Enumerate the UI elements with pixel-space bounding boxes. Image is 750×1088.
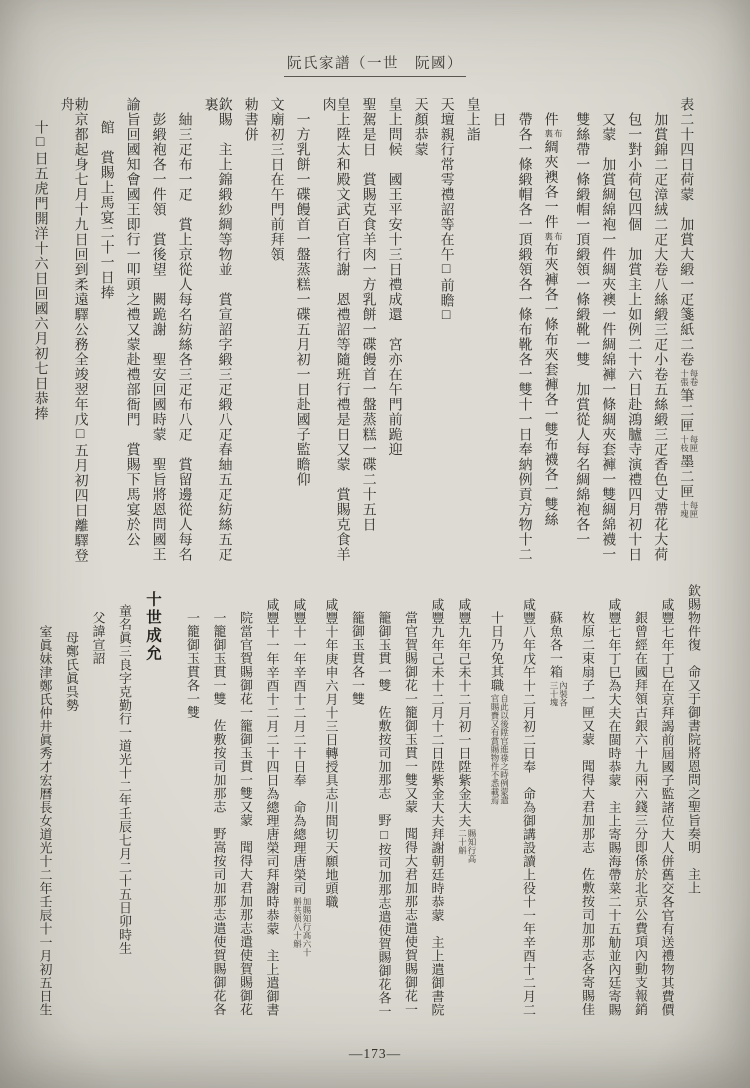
section-header: 十世成允: [145, 584, 161, 1069]
text-column: 咸豐九年己未十二月十二日陞紫金大夫拜謝朝廷時恭蒙 主上遣御書院: [431, 584, 444, 1069]
text-column: 籠御玉貫一雙 佐敷按司加那志 野□按司加那志遣使賀賜御花各一: [378, 584, 391, 1069]
text-column: 天壇親行常雩禮詔等在午□前瞻□: [439, 97, 453, 572]
interlinear-note: 每匣十枝: [679, 435, 698, 452]
text-column: 咸豐八年戊午十二月初二日奉 命為御講設讀上役十一年辛酉十二月二: [522, 584, 535, 1069]
interlinear-note: 每卷十張: [679, 369, 698, 386]
text-column: 咸豐十一年辛酉十二月二十四日為總理唐榮司拜謝時恭蒙 主上遣御書: [266, 584, 279, 1069]
text-column: 母鄭氏眞呉勢: [65, 584, 78, 1069]
bottom-register: 欽賜物件復 命又于御書院將恩問之聖旨奏明 主上咸豐七年丁巳在京拜謁前屆國子監諸位…: [25, 584, 700, 1069]
text-column: 銀曾經在國拜領古銀六十九兩六錢三分即係於北京公費項內動支報銷: [634, 584, 647, 1069]
text-column: 文廟初三日在午門前拜領: [269, 97, 283, 572]
text-column: 蘇魚各一箱內裝各三十塊: [549, 584, 568, 1069]
text-column: 枚原二束扇子一匣又蒙 聞得大君加那志 佐敷按司加那志各寄賜佳: [581, 584, 594, 1069]
text-column: 咸豐七年丁巳在京拜謁前屆國子監諸位大人併舊交各官有送禮物其費價: [661, 584, 674, 1069]
text-column: 十日乃免其職自此以後陞官進祿之時例蒙遣官賜賚又有賞賜物件不悉載焉: [490, 584, 509, 1069]
text-column: 一籠御玉貫一雙 佐敷按司加那志 野嵩按司加那志遣使賀賜御花各: [213, 584, 226, 1069]
text-column: 院當官賀賜御花一籠御玉貫一雙又蒙 聞得大君加那志遣使賀賜御花: [239, 584, 252, 1069]
text-column: 童名眞三良字克勤行一道光十二年壬辰七月二十五日卯時生: [118, 584, 131, 1069]
text-column: 勅京都起身七月十九日回到柔遠驛公務全竣翌年戊□五月初四日離驛登舟: [59, 97, 87, 572]
interlinear-note: 內裝各三十塊: [549, 681, 568, 707]
text-column: 皇上陞太和殿文武百官行謝 恩禮詔等隨班行禮是日又蒙 賞賜克食羊肉: [321, 97, 349, 572]
text-column: 加賞錦二疋漳絨二疋大卷八絲緞三疋小卷五絲緞三疋香色丈帶花大荷: [652, 97, 666, 572]
text-column: 勅書併: [243, 97, 257, 572]
text-column: 皇上詣: [465, 97, 479, 572]
text-column: 十□日五虎門開洋十六日回國六月初七日恭捧: [33, 97, 47, 572]
page-header: 阮氏家譜（一世 阮國）: [0, 52, 750, 77]
text-column: 聖駕是日 賞賜克食羊肉一方乳餅一碟饅首一盤蒸糕一碟二十五日: [361, 97, 375, 572]
text-column: 咸豐七年丁巳為大夫在閩時恭蒙 主上寄賜海帶菜二十五觔並內廷寄賜: [608, 584, 621, 1069]
page-number: —173—: [0, 1046, 750, 1062]
text-column: 咸豐十一年辛酉十二月二十日奉 命為總理唐榮司加賜知行高六十斛共領八十斛: [292, 584, 311, 1069]
text-column: 包一對小荷包四個 加賞主上如例二十六日赴鴻臚寺演禮四月初十日: [626, 97, 640, 572]
text-column: 紬三疋布一疋 賞上京從人每名紡絲各三疋布八疋 賞留邊從人每名: [177, 97, 191, 572]
text-column: 諭旨回國知會國王即行一叩頭之禮又蒙赴禮部衙門 賞賜下馬宴於公: [125, 97, 139, 572]
interlinear-note: 布裏: [543, 232, 562, 241]
text-column: 件布裏綢夾襖各一件布裏布夾褲各一條布夾套褲各一雙布襪各一雙絲: [543, 97, 563, 572]
text-column: 咸豐九年己未十二月初一日陞紫金大夫賜知行高二十斛: [457, 584, 476, 1069]
page-header-title: 阮氏家譜（一世 阮國）: [284, 52, 466, 77]
text-column: 帶各一條緞帽各一頂緞領各一條布靴各一雙十一日奉納例貢方物十二: [517, 97, 531, 572]
interlinear-note: 自此以後陞官進祿之時例蒙遣官賜賚又有賞賜物件不悉載焉: [490, 694, 509, 805]
text-column: 雙絲帶一條緞帽一頂緞領一條緞靴一雙 加賞從人每名綢綿袍各一: [574, 97, 588, 572]
interlinear-note: 布裏: [543, 129, 562, 138]
interlinear-note: 賜知行高二十斛: [457, 829, 476, 863]
text-column: 表二十四日荷蒙 加賞大緞一疋箋紙二卷每卷十張筆二匣每匣十枝墨二匣每匣十塊: [678, 97, 698, 572]
text-column: 一籠御玉貫各一雙: [186, 584, 199, 1069]
text-column: 父諱宣詔: [92, 584, 105, 1069]
text-column: 館 賞賜上馬宴二十一日捧: [99, 97, 113, 572]
text-column: 當官賀賜御花一籠御玉貫一雙又蒙 聞得大君加那志遣使賀賜御花一: [404, 584, 417, 1069]
text-column: 又蒙 加賞綢綿袍一件綢夾襖一件綢綿褲一條綢夾套褲一雙綢綿襪一: [600, 97, 614, 572]
text-column: 籠御玉貫各一雙: [351, 584, 364, 1069]
text-column: 室眞妹津鄭氏仲井眞秀才宏曆長女道光十二年壬辰十一月初五日生: [39, 584, 52, 1069]
top-register: 表二十四日荷蒙 加賞大緞一疋箋紙二卷每卷十張筆二匣每匣十枝墨二匣每匣十塊加賞錦二…: [21, 97, 698, 572]
text-column: 皇上問候 國王平安十三日禮成還 宮亦在午門前跪迎: [387, 97, 401, 572]
text-column: 彭緞袍各一件領 賞後望 闕跪謝 聖安回國時蒙 聖旨將恩問國王: [151, 97, 165, 572]
text-column: 欽賜 主上錦緞紗綢等物並 賞宣詔字緞三疋緞八疋春紬五疋紡絲五疋裏: [203, 97, 231, 572]
text-column: 一方乳餅一碟饅首一盤蒸糕一碟五月初一日赴國子監瞻仰: [295, 97, 309, 572]
text-column: 欽賜物件復 命又于御書院將恩問之聖旨奏明 主上: [687, 584, 700, 1069]
text-column: 天顏恭蒙: [413, 97, 427, 572]
text-column: 咸豐十年庚申六月十三日轉授具志川間切天願地頭職: [325, 584, 338, 1069]
interlinear-note: 每匣十塊: [679, 501, 698, 518]
genealogy-page: 阮氏家譜（一世 阮國） 表二十四日荷蒙 加賞大緞一疋箋紙二卷每卷十張筆二匣每匣十…: [0, 0, 750, 1088]
interlinear-note: 加賜知行高六十斛共領八十斛: [292, 897, 311, 957]
text-column: 日: [491, 97, 505, 572]
